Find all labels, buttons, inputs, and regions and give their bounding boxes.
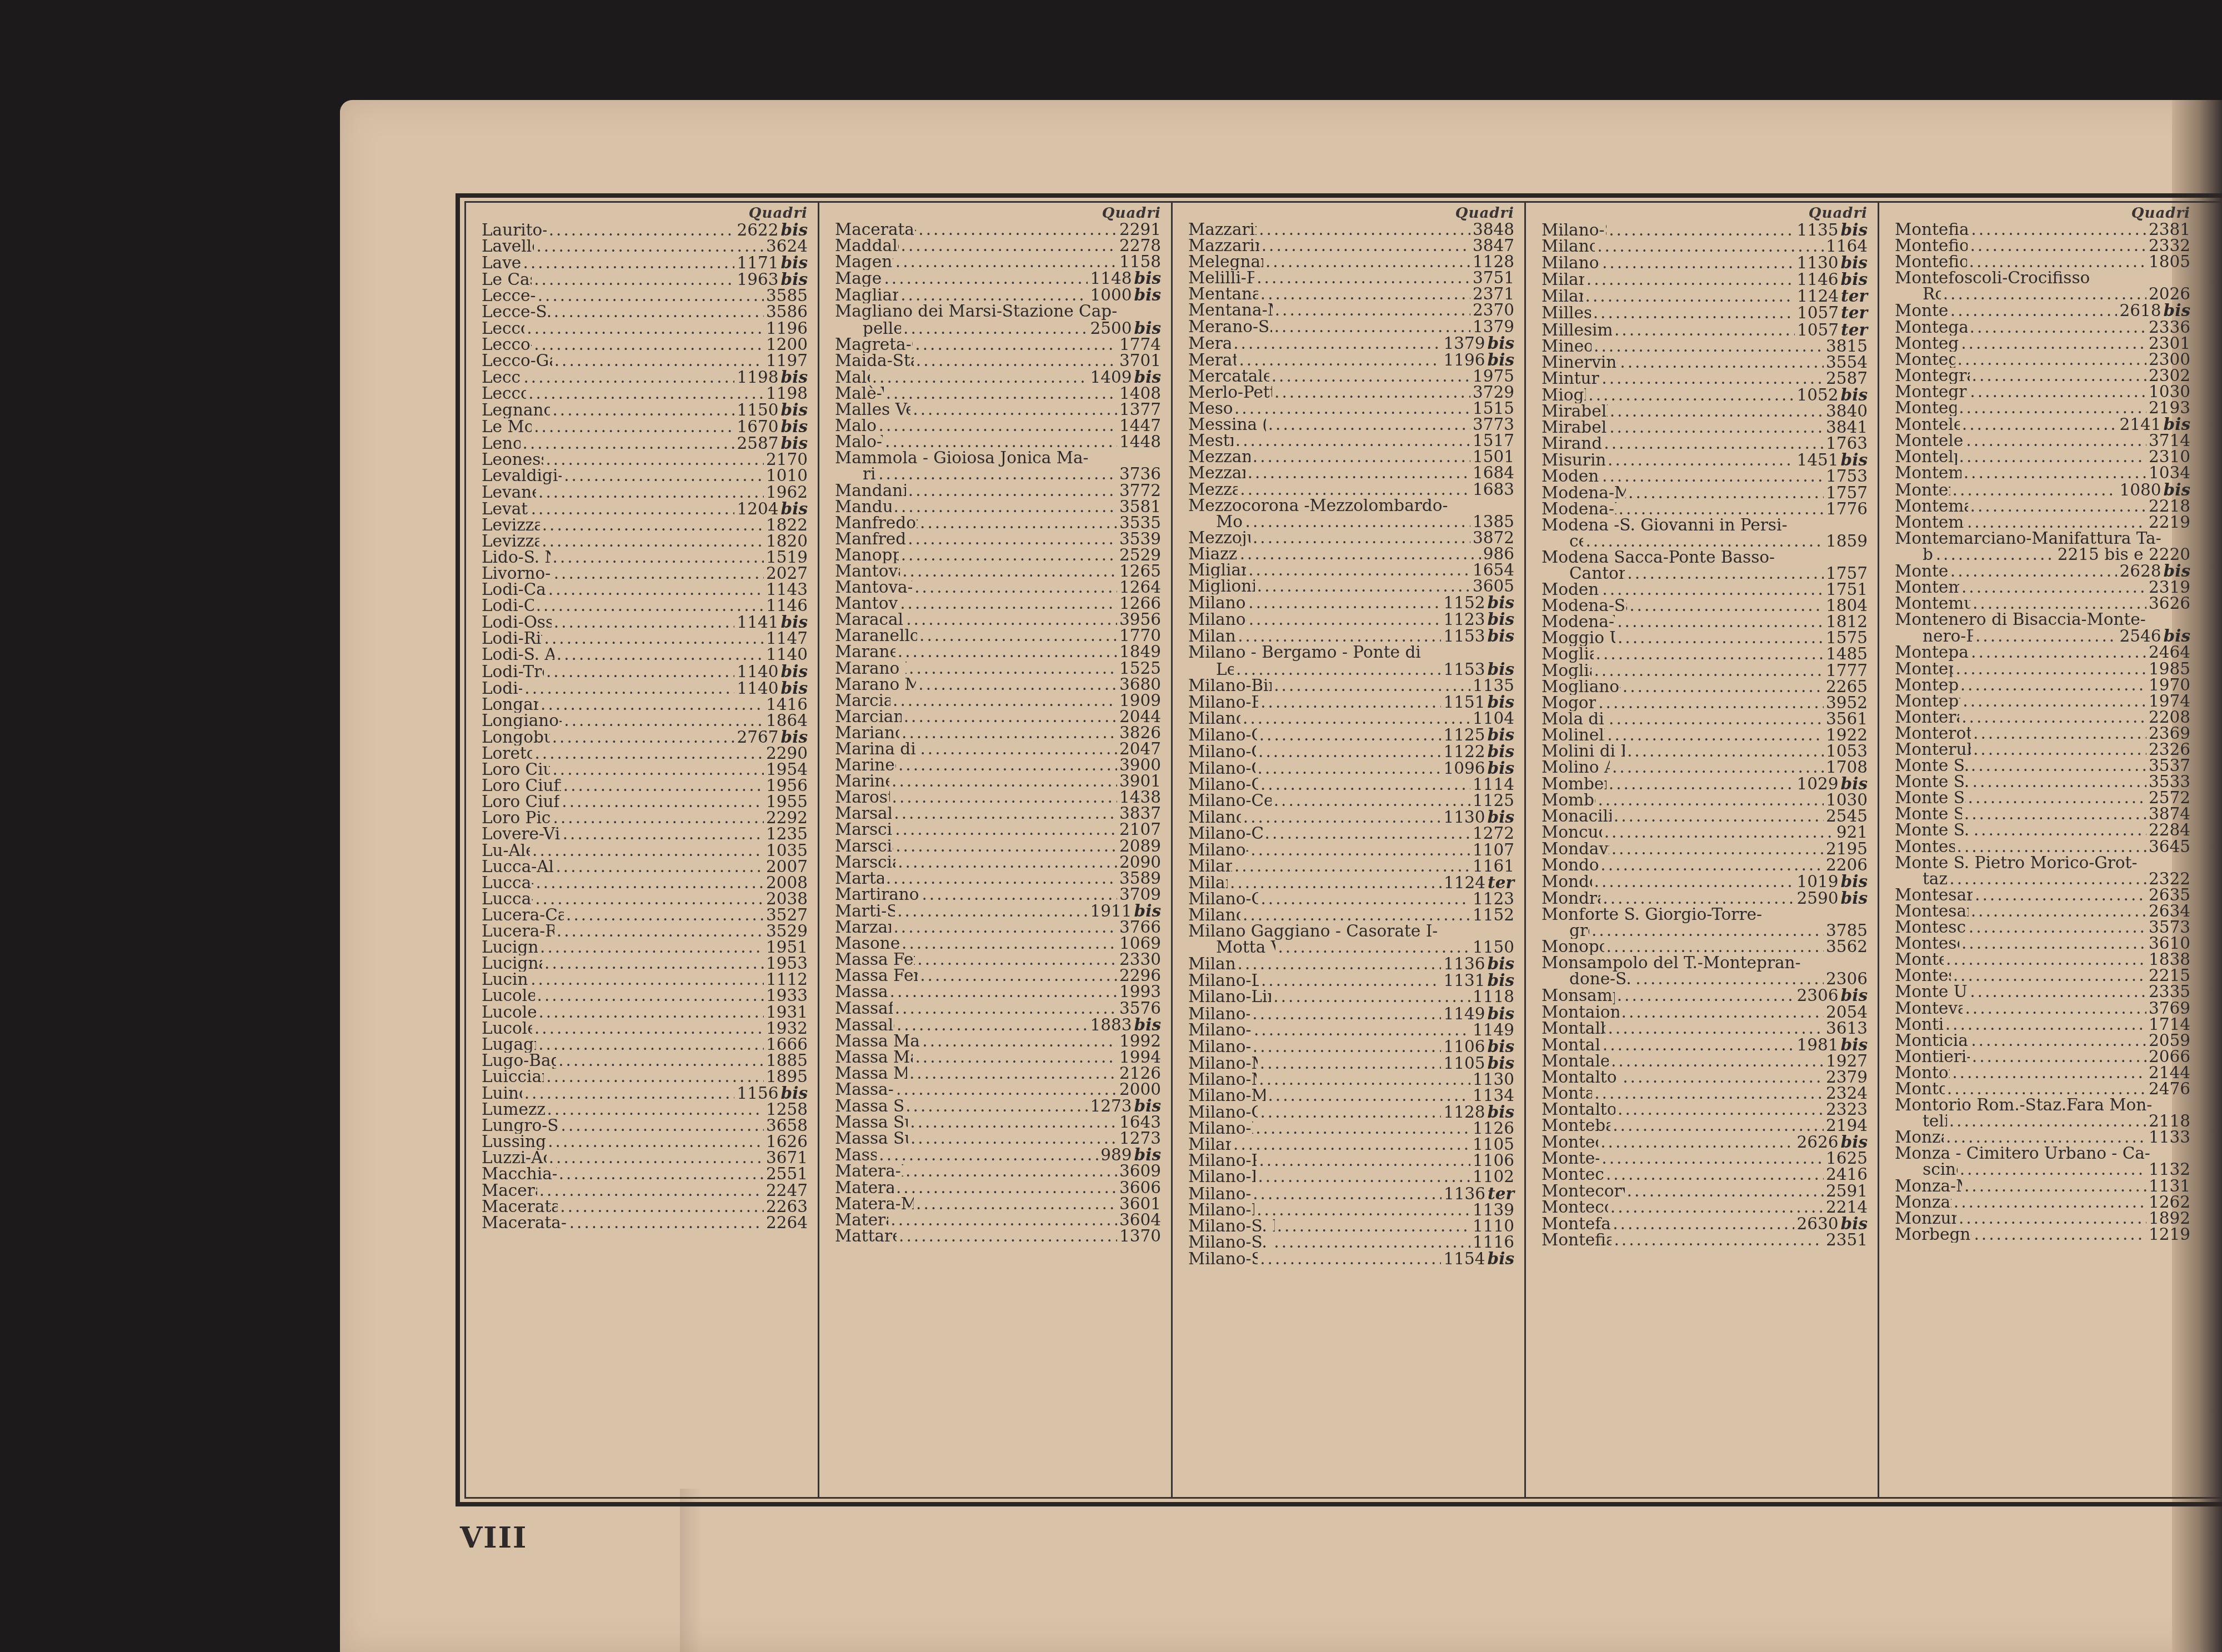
index-entry: Montecalvo-Stazione2626bis bbox=[1542, 1134, 1868, 1150]
index-entry: Milano-Binasco-Motta V.-Pavia1135 bbox=[1188, 678, 1514, 694]
timetable-number: 2027 bbox=[766, 565, 808, 582]
station-name: Maddalena-Tolentino bbox=[835, 238, 899, 254]
index-entry: Monte S. Giuliano-Trapani3874 bbox=[1895, 806, 2190, 822]
timetable-number: 1932 bbox=[766, 1020, 808, 1037]
station-name: Massa Martana-Stazione bbox=[835, 1065, 907, 1082]
station-name: Montesarchio-S. Martino V. C. bbox=[1895, 903, 1969, 919]
station-name-continuation: Motta Visconti-Milano bbox=[1216, 939, 1275, 955]
timetable-number: 2263 bbox=[766, 1199, 808, 1215]
index-entry: Mezzojuso- Stazione3872 bbox=[1188, 530, 1514, 546]
dot-leader bbox=[1274, 384, 1470, 401]
index-entry: Montalto-Porto S. Giorgio2323 bbox=[1542, 1102, 1868, 1118]
index-entry: Longiano-Savignano di Rom.1864 bbox=[482, 713, 808, 729]
station-name: Milano-Certosa di Pavia bbox=[1188, 777, 1258, 793]
dot-leader bbox=[554, 614, 735, 630]
timetable-number: 1922 bbox=[1826, 727, 1868, 743]
station-name: Lodi-Treviglio-Bergamo bbox=[482, 664, 544, 680]
station-name: Migliarino-Ferrara bbox=[1188, 562, 1246, 578]
index-entry: Lucignano-Stazione1953 bbox=[482, 955, 808, 972]
index-entry: Milano-Galgiana1136bis bbox=[1188, 955, 1514, 972]
timetable-number: 2416 bbox=[1826, 1167, 1868, 1183]
dot-leader bbox=[531, 972, 764, 988]
station-name: Lucignano-Stazione bbox=[482, 955, 542, 972]
timetable-number: 2278 bbox=[1119, 238, 1161, 254]
dot-leader bbox=[1961, 336, 2146, 352]
index-entry: Montemarciano-Casebruciate2218 bbox=[1895, 498, 2190, 514]
timetable-number: 1883bis bbox=[1090, 1017, 1161, 1033]
index-entry-continuation: done-S. Benedetto del T.2306 bbox=[1542, 971, 1868, 987]
index-entry: Milano-Arese-Lainate1152bis bbox=[1188, 594, 1514, 611]
index-entry: Montescaglioso-Stazione3610 bbox=[1895, 935, 2190, 952]
station-name: Lodi-Ossago-Ospedaletto L. bbox=[482, 614, 552, 630]
table-ref-number: 3626 bbox=[2149, 594, 2190, 613]
dot-leader bbox=[1258, 744, 1441, 760]
dot-leader bbox=[1973, 725, 2146, 742]
station-name: Lecco-Bergamo bbox=[482, 337, 532, 353]
timetable-number: 2622bis bbox=[737, 222, 808, 238]
station-name: Milano-Corbetta bbox=[1188, 907, 1240, 923]
timetable-number: 1136ter bbox=[1444, 1185, 1514, 1202]
index-entry: Milano-S. Nazzaro dei Burgondi1110 bbox=[1188, 1218, 1514, 1234]
index-entry: Montebaroccio-Trebbio2194 bbox=[1542, 1118, 1868, 1134]
index-entry: Marti-Staz. S. Romano1911bis bbox=[835, 903, 1161, 919]
station-name: Millesimo-Cengio bbox=[1542, 305, 1591, 321]
timetable-number: 1272 bbox=[1473, 825, 1514, 842]
station-name: Modena-Correggio bbox=[1542, 468, 1600, 484]
station-name: Milano-Trenno-Figino bbox=[1542, 255, 1600, 271]
index-entry: Massafra-Stazione3576 bbox=[835, 1000, 1161, 1017]
column-header-quadri: Quadri bbox=[1895, 205, 2190, 222]
dot-leader bbox=[890, 1212, 1117, 1228]
dot-leader bbox=[1954, 1194, 2146, 1210]
index-entry: Lucera-Casalnuovo Monterot.3527 bbox=[482, 907, 808, 923]
timetable-number: 3872 bbox=[1473, 530, 1514, 546]
timetable-number: 1670bis bbox=[737, 418, 808, 435]
index-entry: Modena Sacca-Ponte Basso- bbox=[1542, 549, 1868, 565]
dot-leader bbox=[920, 741, 1117, 757]
dot-leader bbox=[922, 887, 1117, 903]
station-name: Montegallo-Isola Gran Sasso. bbox=[1895, 319, 1968, 336]
station-name: Loro Ciuff.-S.Giovanni Vald. bbox=[482, 794, 559, 810]
dot-leader bbox=[1952, 1065, 2146, 1081]
timetable-number: 1198 bbox=[766, 386, 808, 402]
index-entry: Luzzi-Acri-Brisignano3671 bbox=[482, 1150, 808, 1166]
index-entry: Magenta-Gallarate1158 bbox=[835, 254, 1161, 270]
station-name: Massino-Lesa bbox=[835, 1147, 877, 1163]
timetable-number: 921 bbox=[1836, 824, 1868, 840]
station-name: Monte-Capodistria bbox=[1542, 1150, 1599, 1167]
timetable-number: 1035 bbox=[766, 843, 808, 859]
dot-leader bbox=[538, 1004, 763, 1020]
dot-leader bbox=[1609, 776, 1795, 792]
dot-leader bbox=[1613, 1216, 1794, 1232]
dot-leader bbox=[1260, 1251, 1441, 1267]
timetable-number: 3604 bbox=[1119, 1212, 1161, 1228]
timetable-number: 3901 bbox=[1119, 773, 1161, 789]
station-name: Modena-S. Cesario bbox=[1542, 582, 1600, 598]
dot-leader bbox=[1967, 514, 2146, 530]
timetable-number: 2767bis bbox=[737, 729, 808, 745]
dot-leader bbox=[900, 595, 1117, 612]
index-entry: Montese-Bologna1838 bbox=[1895, 952, 2190, 968]
timetable-number: 1029bis bbox=[1796, 775, 1868, 792]
timetable-number: 1148bis bbox=[1090, 270, 1161, 287]
index-entry: Montevago Menfi Stazione3769 bbox=[1895, 1000, 2190, 1017]
dot-leader bbox=[549, 1150, 764, 1166]
station-name: Longobucco-Camigliatello. bbox=[482, 729, 550, 745]
table-ref-number: 1125 bbox=[1443, 725, 1485, 744]
dot-leader bbox=[1607, 727, 1824, 743]
index-entry: Malè-Rabbi1409bis bbox=[835, 369, 1161, 386]
index-entry-continuation: Legno1153bis bbox=[1188, 661, 1514, 678]
dot-leader bbox=[1249, 612, 1442, 628]
station-name: Luicciana-Mercatale bbox=[482, 1069, 544, 1085]
station-name: Montaione-Castelfiorentino bbox=[1542, 1004, 1619, 1020]
dot-leader bbox=[534, 745, 763, 762]
dot-leader bbox=[1610, 1199, 1824, 1215]
dot-leader bbox=[1957, 839, 2146, 855]
station-index-table: QuadriLaurito-Centola Stazione2622bisLav… bbox=[456, 193, 2222, 1506]
station-name: Modena -S. Giovanni in Persi- bbox=[1542, 515, 1787, 534]
timetable-number: 2284 bbox=[2149, 822, 2190, 838]
index-entry: Minervino Murge-Stazione3554 bbox=[1542, 354, 1868, 371]
index-entry: Monteguiduccio-Pesaro2193 bbox=[1895, 400, 2190, 416]
index-entry: Montefoscoli-Crocifisso bbox=[1895, 270, 2190, 286]
station-name: Magenta-Milano bbox=[835, 271, 882, 287]
index-entry: Marcialla-Firenze1909 bbox=[835, 693, 1161, 709]
timetable-number: 1150 bbox=[1473, 939, 1514, 955]
table-ref-number: 2264 bbox=[766, 1213, 808, 1232]
station-name: Malo-Valdagno bbox=[835, 434, 883, 450]
timetable-number: 1130 bbox=[1473, 1072, 1514, 1088]
timetable-number: 1683 bbox=[1473, 482, 1514, 498]
station-name: Matera-Bernalda Scalo bbox=[835, 1163, 903, 1179]
index-entry: Malo-Valdagno1448 bbox=[835, 434, 1161, 450]
table-ref-number: 1150 bbox=[737, 401, 778, 419]
index-entry: Milano-Rivolta d'Adda1139 bbox=[1188, 1202, 1514, 1218]
station-name: Lecce-S. Pietro in Lama bbox=[482, 304, 552, 320]
index-entry: Marineo-Bolognetta3900 bbox=[835, 757, 1161, 773]
index-entry-continuation: ceto1859 bbox=[1542, 533, 1868, 549]
dot-leader bbox=[1960, 1162, 2146, 1178]
index-entry: Merano-S. Leonardo-Brennero1379 bbox=[1188, 319, 1514, 335]
index-column: QuadriLaurito-Centola Stazione2622bisLav… bbox=[466, 203, 819, 1497]
timetable-number: 3609 bbox=[1119, 1163, 1161, 1179]
station-name: Montefredane-Avellino bbox=[1895, 303, 1948, 319]
dot-leader bbox=[1623, 679, 1824, 695]
station-name: Matera-Ferrandina bbox=[835, 1180, 894, 1196]
dot-leader bbox=[544, 955, 764, 972]
timetable-number: 1953 bbox=[766, 955, 808, 972]
dot-leader bbox=[1628, 485, 1824, 501]
dot-leader bbox=[1265, 254, 1470, 270]
timetable-number: 1708 bbox=[1826, 759, 1868, 775]
dot-leader bbox=[1593, 305, 1795, 321]
dot-leader bbox=[1975, 887, 2146, 903]
dot-leader bbox=[901, 238, 1117, 254]
timetable-number: 2330 bbox=[1119, 952, 1161, 968]
station-name: Milano-Rivolta d'Adda bbox=[1188, 1202, 1254, 1218]
station-name: Milano-Busto Gar.-Arconate bbox=[1188, 694, 1258, 710]
index-entry: Leonessa-Antrodoco2170 bbox=[482, 452, 808, 468]
dot-leader bbox=[1274, 678, 1470, 694]
station-name: Milano-Cerano-Cilavegna. bbox=[1188, 760, 1255, 777]
station-name: Mioglia-Savona bbox=[1542, 387, 1586, 403]
table-ref-number: 1057 bbox=[1797, 303, 1839, 322]
station-name: Montemarciano-Casebruciate bbox=[1895, 498, 1968, 514]
timetable-number: 1820 bbox=[766, 533, 808, 549]
index-entry-continuation: bacchi2215 bis e 2220 bbox=[1895, 547, 2190, 563]
table-ref-number: 1379 bbox=[1443, 334, 1485, 353]
timetable-number: 2628bis bbox=[2119, 563, 2190, 579]
index-entry: Montepagano-Roseto Abruzzi.2464 bbox=[1895, 644, 2190, 660]
dot-leader bbox=[902, 935, 1117, 952]
index-entry: Levizzano-Modena1820 bbox=[482, 533, 808, 549]
dot-leader bbox=[1961, 579, 2146, 595]
dot-leader bbox=[909, 1065, 1117, 1082]
timetable-number: 1385 bbox=[1473, 514, 1514, 530]
station-name: Montale-Prato-Firenze bbox=[1542, 1053, 1609, 1069]
dot-leader bbox=[902, 563, 1117, 579]
index-entry: Lodi-Ossago-Ospedaletto L.1141bis bbox=[482, 614, 808, 630]
dot-leader bbox=[1260, 1104, 1441, 1120]
station-name: Monacilioni-Campolieto bbox=[1542, 808, 1612, 824]
timetable-number: 2381 bbox=[2149, 222, 2190, 238]
dot-leader bbox=[546, 664, 735, 680]
timetable-number: 2302 bbox=[2149, 368, 2190, 384]
timetable-number: 1501 bbox=[1473, 449, 1514, 465]
dot-leader bbox=[1627, 1183, 1824, 1199]
index-entry: Marciana-Portoferraio2044 bbox=[835, 709, 1161, 725]
index-entry: Lu-Alessandria1035 bbox=[482, 843, 808, 859]
timetable-number: 2546bis bbox=[2119, 628, 2190, 644]
timetable-number: 1993 bbox=[1119, 984, 1161, 1000]
dot-leader bbox=[1260, 891, 1470, 907]
index-entry: Lugagnano-Bardi1666 bbox=[482, 1037, 808, 1053]
index-entry: Monte Urano-Porto S. Elpidio2335 bbox=[1895, 984, 2190, 1000]
timetable-number: 1057ter bbox=[1797, 322, 1868, 338]
station-name: Marzamemi-Noto. bbox=[835, 919, 891, 935]
index-entry: Mezzane-Vago-Zevio1501 bbox=[1188, 449, 1514, 465]
index-entry: Monteleone di Spoleto-Cascia2141bis bbox=[1895, 416, 2190, 433]
station-name: Massa-Massa Staz. bbox=[835, 1082, 894, 1098]
station-name: Montalto di Castro-Stazione bbox=[1542, 1069, 1620, 1085]
index-entry: Maddalena-Tolentino2278 bbox=[835, 238, 1161, 254]
index-entry: Lodi-Cassino d'Alberi1143 bbox=[482, 582, 808, 598]
station-name: Monticiano-Ponte della Feccia bbox=[1895, 1033, 1969, 1049]
station-name: Milano-Chiavenna-Spluga bbox=[1188, 825, 1263, 842]
dot-leader bbox=[553, 810, 764, 826]
timetable-number: 3766 bbox=[1119, 919, 1161, 935]
index-entry: Lucolena-Greve1932 bbox=[482, 1020, 808, 1037]
station-name: Montemonaco-Amandola bbox=[1895, 579, 1959, 595]
index-entry: Montecosaro-Stazione2214 bbox=[1542, 1199, 1868, 1215]
station-name: Loro Piceno-Passo Loro bbox=[482, 810, 551, 826]
station-name: Mondavio-Fano-Pesaro bbox=[1542, 841, 1609, 857]
timetable-number: 3610 bbox=[2149, 935, 2190, 952]
index-entry: Montalto di Castro-Stazione2379 bbox=[1542, 1069, 1868, 1085]
station-name: Milano-Binasco-Motta V.-Pavia bbox=[1188, 678, 1272, 694]
station-name: Modena-Molini Nuovi-Albareto bbox=[1542, 485, 1626, 501]
timetable-number: 2371 bbox=[1473, 286, 1514, 302]
index-entry: Maranello-Magreta-Reggio E.1770 bbox=[835, 628, 1161, 644]
dot-leader bbox=[536, 598, 764, 614]
dot-leader bbox=[1236, 662, 1441, 678]
station-name: Mogliano-Pausula-Macerata bbox=[1542, 679, 1620, 695]
dot-leader bbox=[1235, 433, 1470, 449]
dot-leader bbox=[1258, 760, 1442, 777]
dot-leader bbox=[1253, 530, 1470, 546]
timetable-number: 1141bis bbox=[737, 614, 808, 630]
index-entry: Mandanici-Roccalumera3772 bbox=[835, 483, 1161, 499]
dot-leader bbox=[554, 565, 764, 582]
timetable-number: 1379 bbox=[1473, 319, 1514, 335]
dot-leader bbox=[542, 533, 764, 549]
station-name: Montorio-Paladini bbox=[1895, 1081, 1945, 1097]
index-entry: Marsciano-Stazione2090 bbox=[835, 854, 1161, 870]
station-name: Malles Venosta-Monastero bbox=[835, 402, 910, 418]
index-entry: Morbegno-Pedesina-Gerola Alta1219 bbox=[1895, 1227, 2190, 1243]
dot-leader bbox=[561, 1118, 764, 1134]
timetable-number: 1654 bbox=[1473, 562, 1514, 578]
dot-leader bbox=[895, 1000, 1117, 1017]
timetable-number: 1981bis bbox=[1796, 1037, 1868, 1053]
dot-leader bbox=[1268, 1088, 1470, 1104]
timetable-number: 2587 bbox=[1826, 371, 1868, 387]
station-name: Mirandola-Stazione bbox=[1542, 435, 1602, 452]
index-entry: Monza - Cimitero Urbano - Ca- bbox=[1895, 1145, 2190, 1162]
timetable-number: 3680 bbox=[1119, 677, 1161, 693]
timetable-number: 1128bis bbox=[1443, 1104, 1514, 1120]
index-entry: Montegrosso-Fonti di Agliano1030 bbox=[1895, 384, 2190, 400]
timetable-number: 1235 bbox=[766, 826, 808, 842]
dot-leader bbox=[1974, 822, 2146, 838]
station-name-continuation: done-S. Benedetto del T. bbox=[1569, 971, 1633, 987]
timetable-number: 1377 bbox=[1119, 402, 1161, 418]
timetable-number: 1149bis bbox=[1443, 1005, 1514, 1022]
station-name: Lucera-Roseto Valfortore bbox=[482, 923, 554, 939]
timetable-number: 1757 bbox=[1826, 485, 1868, 501]
dot-leader bbox=[1975, 628, 2118, 644]
station-name: Milano-Settimo Milanese bbox=[1542, 222, 1607, 238]
station-name: Monteguiduccio-Pesaro bbox=[1895, 400, 1956, 416]
station-name: Matera-Tricarico bbox=[835, 1212, 888, 1228]
station-name: Montesarchio-Benevento 2633 e bbox=[1895, 887, 1973, 903]
index-entry: Montesarchio-S. Martino V. C.2634 bbox=[1895, 903, 2190, 919]
timetable-number: 1805 bbox=[2149, 254, 2190, 270]
index-entry: Mezzani-Parma1683 bbox=[1188, 482, 1514, 498]
dot-leader bbox=[902, 725, 1117, 741]
timetable-number: 2587bis bbox=[737, 435, 808, 452]
station-name: Massalombarda-Imola bbox=[835, 1017, 894, 1033]
index-entry: Montefiascone-Stazione2351 bbox=[1542, 1232, 1868, 1248]
index-entry: Loreto-Stazione2290 bbox=[482, 745, 808, 762]
index-entry: Milano-Monza-Barzanò1130 bbox=[1188, 1072, 1514, 1088]
dot-leader bbox=[552, 729, 735, 745]
timetable-number: 3900 bbox=[1119, 757, 1161, 773]
index-entry: Mogoro-S.Gavino3952 bbox=[1542, 695, 1868, 711]
station-name: Lucolena-Firenze bbox=[482, 1004, 536, 1020]
timetable-number: 1107 bbox=[1473, 842, 1514, 858]
index-entry: Le Moline-Bettola1670bis bbox=[482, 418, 808, 435]
timetable-number: 2322 bbox=[2149, 871, 2190, 887]
timetable-number: 1519 bbox=[766, 549, 808, 565]
dot-leader bbox=[1594, 663, 1823, 679]
station-name: Montefiorino-Lama Mocogno bbox=[1895, 254, 1967, 270]
station-name: Luino-Graglio bbox=[482, 1085, 522, 1102]
timetable-number: 1822 bbox=[766, 517, 808, 533]
dot-leader bbox=[554, 304, 764, 320]
dot-leader bbox=[1260, 1055, 1442, 1072]
station-name: Merano-S. Leonardo-Brennero bbox=[1188, 319, 1272, 335]
timetable-number: 1123 bbox=[1473, 891, 1514, 907]
timetable-number: 2306 bbox=[1826, 971, 1868, 987]
timetable-number: 1416 bbox=[766, 697, 808, 713]
index-entry: Montone Umbertide2144 bbox=[1895, 1065, 2190, 1081]
dot-leader bbox=[552, 402, 734, 418]
station-name-continuation: pelle-Magliano bbox=[863, 321, 901, 337]
station-name: Millesimo-Staz. S. Giuseppe bbox=[1542, 322, 1612, 338]
index-entry: Mondolfo-Marotta2206 bbox=[1542, 857, 1868, 873]
dot-leader bbox=[1950, 563, 2118, 579]
index-entry: Mesola-Adria1515 bbox=[1188, 401, 1514, 417]
timetable-number: 1219 bbox=[2149, 1227, 2190, 1243]
station-name-continuation: telibretti bbox=[1923, 1113, 1947, 1129]
timetable-number: 3533 bbox=[2149, 774, 2190, 790]
station-name: Mammola - Gioiosa Jonica Ma- bbox=[835, 448, 1089, 467]
column-header-quadri: Quadri bbox=[1542, 205, 1868, 222]
dot-leader bbox=[566, 907, 764, 923]
table-ref-number: 1019 bbox=[1796, 872, 1838, 891]
index-entry: Montesano-Roccanova3645 bbox=[1895, 839, 2190, 855]
timetable-number: 3585 bbox=[766, 288, 808, 304]
timetable-number: 2206 bbox=[1826, 857, 1868, 873]
timetable-number: 1264 bbox=[1119, 579, 1161, 595]
dot-leader bbox=[1602, 255, 1794, 271]
dot-leader bbox=[532, 843, 764, 859]
dot-leader bbox=[1622, 1004, 1824, 1020]
timetable-number: 1763 bbox=[1826, 435, 1868, 452]
timetable-number: 1030 bbox=[1826, 792, 1868, 808]
timetable-number: 1158 bbox=[1119, 254, 1161, 270]
timetable-number: 2193 bbox=[2149, 400, 2190, 416]
dot-leader bbox=[1960, 677, 2146, 693]
timetable-number: 986 bbox=[1483, 546, 1514, 562]
station-name: Mantova-Viadana-Brescello bbox=[835, 579, 912, 595]
index-entry: Merano-Sinigo1379bis bbox=[1188, 335, 1514, 352]
dot-leader bbox=[1588, 387, 1794, 403]
index-entry: Montale-Prato-Firenze1927 bbox=[1542, 1053, 1868, 1069]
station-name-continuation: grotta bbox=[1569, 923, 1589, 939]
timetable-number: 2326 bbox=[2149, 742, 2190, 758]
timetable-number: 1954 bbox=[766, 762, 808, 778]
dot-leader bbox=[1608, 1020, 1824, 1037]
station-name: Monticelli-Parma bbox=[1895, 1017, 1943, 1033]
index-entry: Montecelio-Stazione2416 bbox=[1542, 1167, 1868, 1183]
index-entry: Montefiascone-Viterbo-Roma .2381 bbox=[1895, 222, 2190, 238]
dot-leader bbox=[1262, 238, 1470, 254]
timetable-number: 3605 bbox=[1473, 578, 1514, 594]
index-entry: Montegallo-Isola Gran Sasso.2336 bbox=[1895, 319, 2190, 336]
dot-leader bbox=[905, 1163, 1117, 1179]
station-name: Marianopoli-Stazione bbox=[835, 725, 899, 741]
dot-leader bbox=[1970, 384, 2146, 400]
station-name: Monzuno-Vado-Bologna bbox=[1895, 1210, 1956, 1227]
timetable-number: 1118 bbox=[1473, 989, 1514, 1005]
index-entry: Levane-Rapolano1962 bbox=[482, 484, 808, 500]
dot-leader bbox=[555, 859, 764, 875]
index-entry: Modena-Molini Nuovi-Albareto1757 bbox=[1542, 485, 1868, 501]
